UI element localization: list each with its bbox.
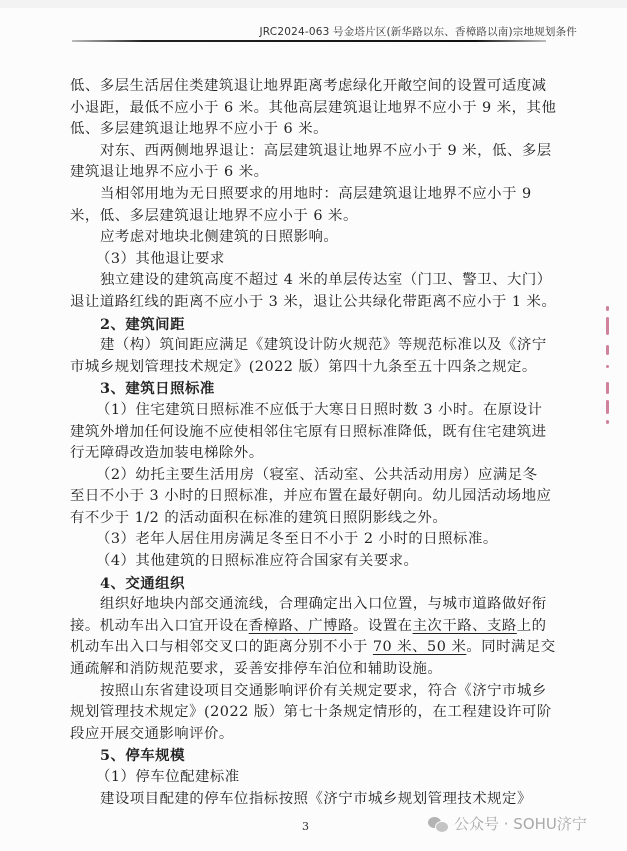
text-line: 对东、西两侧地界退让：高层建筑退让地界不应小于 9 米，低、多层 <box>70 141 548 163</box>
page-header: JRC2024-063 号金塔片区(新华路以东、香樟路以南)宗地规划条件 <box>260 24 577 39</box>
text-line: 建（构）筑间距应满足《建筑设计防火规范》等规范标准以及《济宁 <box>70 335 548 357</box>
text-line: 行无障碍改造加装电梯除外。 <box>70 443 548 465</box>
text-segment: 。同时满足交 <box>466 639 555 655</box>
text-line: 应考虑对地块北侧建筑的日照影响。 <box>70 227 548 249</box>
text-line: 小退距，最低不应小于 6 米。其他高层建筑退让地界不应小于 9 米，其他 <box>70 98 548 120</box>
text-line: 退让道路红线的距离不应小于 3 米，退让公共绿化带距离不应小于 1 米。 <box>70 292 548 314</box>
text-line: 段应开展交通影响评价。 <box>70 724 548 746</box>
text-line: 低、多层生活居住类建筑退让地界距离考虑绿化开敞空间的设置可适度减 <box>70 76 548 98</box>
text-line: 2、建筑间距 <box>70 314 548 336</box>
text-line: （2）幼托主要生活用房（寝室、活动室、公共活动用房）应满足冬 <box>70 465 548 487</box>
text-segment: 。设置在 <box>353 618 413 634</box>
watermark-text: 公众号 · SOHU济宁 <box>454 813 587 834</box>
seal-stamp-mark <box>600 306 616 416</box>
text-line: （3）其他退让要求 <box>70 249 548 271</box>
text-line: 4、交通组织 <box>70 573 548 595</box>
wechat-icon <box>428 816 448 832</box>
text-line: 至日不小于 3 小时的日照标准，并应布置在最好朝向。幼儿园活动场地应 <box>70 486 548 508</box>
text-line: 低、多层建筑退让地界不应小于 6 米。 <box>70 119 548 141</box>
text-line: （4）其他建筑的日照标准应符合国家有关要求。 <box>70 551 548 573</box>
text-line: 接。机动车出入口宜开设在香樟路、广博路。设置在主次干路、支路上的 <box>70 616 548 638</box>
text-line: 按照山东省建设项目交通影响评价有关规定要求，符合《济宁市城乡 <box>70 681 548 703</box>
text-line: 米，低、多层建筑退让地界不应小于 6 米。 <box>70 206 548 228</box>
underlined-text: 香樟路、广博路 <box>249 618 353 634</box>
watermark: 公众号 · SOHU济宁 <box>428 813 587 834</box>
document-body: 低、多层生活居住类建筑退让地界距离考虑绿化开敞空间的设置可适度减小退距，最低不应… <box>70 76 548 810</box>
top-strip <box>0 0 627 8</box>
text-segment: 接。机动车出入口宜开设在 <box>70 618 249 634</box>
text-line: 5、停车规模 <box>70 745 548 767</box>
text-segment: 机动车出入口与相邻交叉口的距离分别不小于 <box>70 639 373 655</box>
text-line: （3）老年人居住用房满足冬至日不小于 2 小时的日照标准。 <box>70 529 548 551</box>
text-line: 建筑外增加任何设施不应使相邻住宅原有日照标准降低，既有住宅建筑进 <box>70 422 548 444</box>
text-line: （1）住宅建筑日照标准不应低于大寒日日照时数 3 小时。在原设计 <box>70 400 548 422</box>
underlined-text: 70 米、50 米 <box>373 639 466 655</box>
text-line: 通疏解和消防规范要求，妥善安排停车泊位和辅助设施。 <box>70 659 548 681</box>
document-page: JRC2024-063 号金塔片区(新华路以东、香樟路以南)宗地规划条件 低、多… <box>0 0 627 851</box>
text-line: 有不少于 1/2 的活动面积在标准的建筑日照阴影线之外。 <box>70 508 548 530</box>
text-line: 规划管理技术规定》(2022 版）第七十条规定情形的，在工程建设许可阶 <box>70 702 548 724</box>
text-line: 当相邻用地为无日照要求的用地时：高层建筑退让地界不应小于 9 <box>70 184 548 206</box>
text-line: 组织好地块内部交通流线，合理确定出入口位置，与城市道路做好衔 <box>70 594 548 616</box>
text-line: 建设项目配建的停车位指标按照《济宁市城乡规划管理技术规定》 <box>70 789 548 811</box>
text-line: 市城乡规划管理技术规定》(2022 版）第四十九条至五十四条之规定。 <box>70 357 548 379</box>
text-line: （1）停车位配建标准 <box>70 767 548 789</box>
text-segment: 上的 <box>517 618 547 634</box>
text-line: 机动车出入口与相邻交叉口的距离分别不小于 70 米、50 米。同时满足交 <box>70 637 548 659</box>
text-line: 3、建筑日照标准 <box>70 378 548 400</box>
header-rule <box>72 40 546 42</box>
page-number: 3 <box>302 820 309 833</box>
text-line: 建筑退让地界不应小于 6 米。 <box>70 162 548 184</box>
text-line: 独立建设的建筑高度不超过 4 米的单层传达室（门卫、警卫、大门） <box>70 270 548 292</box>
underlined-text: 主次干路、支路 <box>413 618 517 634</box>
